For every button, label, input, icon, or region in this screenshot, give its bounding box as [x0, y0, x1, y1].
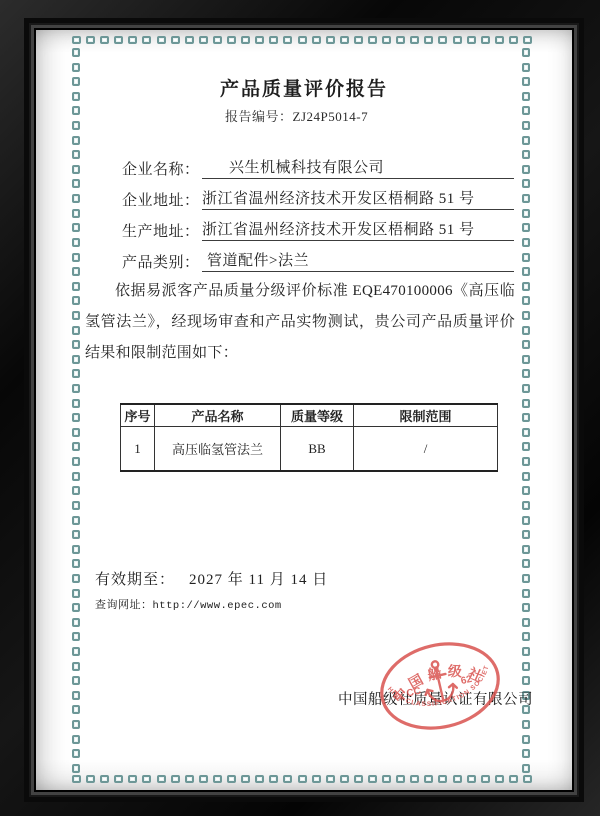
field-company-address: 企业地址： 浙江省温州经济技术开发区梧桐路 51 号	[122, 179, 514, 210]
seal-left-code: CC	[406, 686, 423, 700]
cell-product-name: 高压临氢管法兰	[155, 427, 281, 472]
field-product-category: 产品类别： 管道配件>法兰	[122, 241, 514, 272]
query-url-line: 查询网址：http://www.epec.com	[95, 596, 282, 612]
column-header-quality-grade: 质量等级	[281, 404, 354, 427]
document-title: 产品质量评价报告	[36, 74, 572, 101]
field-value: 浙江省温州经济技术开发区梧桐路 51 号	[202, 187, 514, 210]
ccs-seal-stamp: 中国船级社 CHINA CLASSIFICATION SOCIETY CC 62	[366, 627, 513, 746]
border-motif-top	[72, 36, 532, 46]
cell-restriction: /	[354, 427, 498, 472]
cell-quality-grade: BB	[281, 427, 354, 472]
column-header-index: 序号	[121, 404, 155, 427]
field-value: 浙江省温州经济技术开发区梧桐路 51 号	[202, 218, 514, 241]
border-motif-right	[522, 48, 532, 773]
field-company-name: 企业名称： 兴生机械科技有限公司	[122, 148, 514, 179]
seal-graphic: 中国船级社 CHINA CLASSIFICATION SOCIETY CC 62	[366, 627, 513, 746]
column-header-product-name: 产品名称	[155, 404, 281, 427]
certificate-paper: 产品质量评价报告 报告编号：ZJ24P5014-7 企业名称： 兴生机械科技有限…	[36, 30, 572, 790]
report-number-line: 报告编号：ZJ24P5014-7	[225, 106, 368, 125]
field-value: 兴生机械科技有限公司	[202, 156, 514, 179]
query-url-value: http://www.epec.com	[153, 600, 282, 612]
table-header-row: 序号 产品名称 质量等级 限制范围	[121, 404, 498, 427]
cell-index: 1	[121, 427, 155, 472]
field-label: 产品类别：	[122, 251, 202, 272]
report-number-label: 报告编号：	[225, 109, 293, 124]
report-number-value: ZJ24P5014-7	[293, 109, 369, 124]
field-label: 企业地址：	[122, 189, 202, 210]
evaluation-result-table: 序号 产品名称 质量等级 限制范围 1 高压临氢管法兰 BB /	[120, 403, 498, 472]
border-motif-left	[72, 48, 82, 773]
field-list: 企业名称： 兴生机械科技有限公司 企业地址： 浙江省温州经济技术开发区梧桐路 5…	[122, 148, 514, 272]
field-value: 管道配件>法兰	[202, 249, 514, 272]
field-label: 企业名称：	[122, 158, 202, 179]
field-label: 生产地址：	[122, 220, 202, 241]
evaluation-statement: 依据易派客产品质量分级评价标准 EQE470100006《高压临氢管法兰》，经现…	[85, 276, 515, 369]
column-header-restriction: 限制范围	[354, 404, 498, 427]
validity-date: 2027 年 11 月 14 日	[189, 572, 328, 588]
field-production-address: 生产地址： 浙江省温州经济技术开发区梧桐路 51 号	[122, 210, 514, 241]
table-row: 1 高压临氢管法兰 BB /	[121, 427, 498, 472]
validity-label: 有效期至：	[95, 572, 175, 588]
query-url-label: 查询网址：	[95, 599, 153, 611]
validity-line: 有效期至：2027 年 11 月 14 日	[95, 568, 328, 589]
border-motif-bottom	[72, 775, 532, 785]
